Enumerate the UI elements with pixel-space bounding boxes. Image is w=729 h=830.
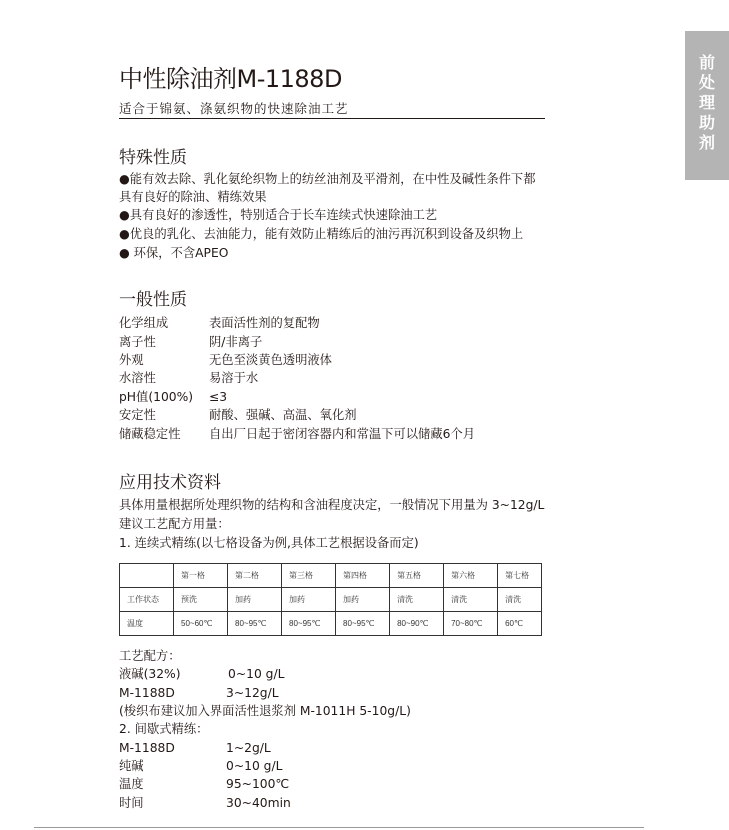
- table-cell: 50~60℃: [174, 612, 228, 636]
- batch-row: 温度95~100℃: [119, 775, 289, 793]
- table-cell: [120, 564, 174, 588]
- property-row: 化学组成表面活性剂的复配物: [119, 314, 320, 332]
- footer-divider: [34, 827, 644, 828]
- table-cell: 加药: [336, 588, 390, 612]
- property-value: 自出厂日起于密闭容器内和常温下可以储藏6个月: [209, 427, 475, 441]
- product-subtitle: 适合于锦氨、涤氨织物的快速除油工艺: [119, 101, 349, 117]
- batch-key: 纯碱: [119, 757, 226, 775]
- category-side-tab: 前 处 理 助 剂: [685, 31, 729, 180]
- property-value: 易溶于水: [209, 371, 258, 385]
- special-line: 具有良好的除油、精练效果: [119, 188, 267, 207]
- table-cell: 清洗: [390, 588, 444, 612]
- recipe-heading: 工艺配方：: [119, 647, 181, 666]
- table-cell: 第六格: [444, 564, 498, 588]
- table-cell: 第二格: [228, 564, 282, 588]
- property-row: 外观无色至淡黄色透明液体: [119, 351, 332, 369]
- batch-key: 时间: [119, 794, 226, 812]
- side-tab-char: 剂: [699, 133, 715, 153]
- property-key: pH值(100%): [119, 388, 209, 406]
- batch-row: 时间30~40min: [119, 794, 291, 812]
- product-title: 中性除油剂M-1188D: [119, 64, 342, 94]
- property-row: pH值(100%)≤3: [119, 388, 227, 406]
- property-key: 储藏稳定性: [119, 425, 209, 443]
- table-cell: 清洗: [498, 588, 542, 612]
- batch-heading: 2. 间歇式精练：: [119, 720, 208, 739]
- table-cell: 加药: [228, 588, 282, 612]
- side-tab-char: 理: [699, 93, 715, 113]
- table-cell: 第五格: [390, 564, 444, 588]
- table-cell: 80~95℃: [228, 612, 282, 636]
- property-row: 水溶性易溶于水: [119, 369, 258, 387]
- subtitle-divider: [119, 118, 545, 119]
- property-row: 储藏稳定性自出厂日起于密闭容器内和常温下可以储藏6个月: [119, 425, 475, 443]
- side-tab-char: 助: [699, 113, 715, 133]
- recipe-row: 液碱(32%)0~10 g/L: [119, 665, 284, 683]
- table-cell: 温度: [120, 612, 174, 636]
- special-line: ●具有良好的渗透性，特别适合于长车连续式快速除油工艺: [119, 206, 437, 225]
- property-value: ≤3: [209, 390, 227, 404]
- property-key: 外观: [119, 351, 209, 369]
- special-line: ● 环保，不含APEO: [119, 244, 228, 263]
- batch-row: M-1188D1~2g/L: [119, 739, 271, 757]
- table-row: 温度 50~60℃ 80~95℃ 80~95℃ 80~95℃ 80~90℃ 70…: [120, 612, 542, 636]
- recipe-value: 3~12g/L: [226, 686, 279, 700]
- table-cell: 第七格: [498, 564, 542, 588]
- table-cell: 60℃: [498, 612, 542, 636]
- special-line: ●能有效去除、乳化氨纶织物上的纺丝油剂及平滑剂，在中性及碱性条件下都: [119, 170, 536, 189]
- table-cell: 加药: [282, 588, 336, 612]
- table-cell: 80~90℃: [390, 612, 444, 636]
- side-tab-char: 处: [699, 73, 715, 93]
- property-key: 离子性: [119, 333, 209, 351]
- table-cell: 第四格: [336, 564, 390, 588]
- recipe-key: M-1188D: [119, 684, 226, 702]
- batch-value: 1~2g/L: [226, 741, 271, 755]
- table-cell: 清洗: [444, 588, 498, 612]
- side-tab-char: 前: [699, 53, 715, 73]
- batch-row: 纯碱0~10 g/L: [119, 757, 282, 775]
- table-cell: 预洗: [174, 588, 228, 612]
- special-line: ●优良的乳化、去油能力，能有效防止精练后的油污再沉积到设备及织物上: [119, 225, 523, 244]
- batch-value: 0~10 g/L: [226, 759, 282, 773]
- batch-value: 30~40min: [226, 796, 291, 810]
- table-row: 工作状态 预洗 加药 加药 加药 清洗 清洗 清洗: [120, 588, 542, 612]
- property-value: 无色至淡黄色透明液体: [209, 353, 332, 367]
- recipe-value: 0~10 g/L: [228, 667, 284, 681]
- application-intro: 具体用量根据所处理织物的结构和含油程度决定，一般情况下用量为 3~12g/L: [119, 496, 544, 515]
- special-properties-heading: 特殊性质: [119, 147, 187, 169]
- property-row: 离子性阴/非离子: [119, 333, 262, 351]
- application-intro: 建议工艺配方用量：: [119, 515, 230, 534]
- recipe-row: M-1188D3~12g/L: [119, 684, 279, 702]
- table-cell: 70~80℃: [444, 612, 498, 636]
- application-intro: 1. 连续式精练(以七格设备为例,具体工艺根据设备而定): [119, 534, 419, 553]
- property-key: 化学组成: [119, 314, 209, 332]
- general-properties-heading: 一般性质: [119, 289, 187, 311]
- recipe-note: (梭织布建议加入界面活性退浆剂 M-1011H 5-10g/L): [119, 702, 411, 721]
- property-key: 水溶性: [119, 369, 209, 387]
- table-cell: 80~95℃: [282, 612, 336, 636]
- property-value: 阴/非离子: [209, 335, 262, 349]
- property-key: 安定性: [119, 406, 209, 424]
- property-row: 安定性耐酸、强碱、高温、氧化剂: [119, 406, 357, 424]
- batch-key: 温度: [119, 775, 226, 793]
- application-heading: 应用技术资料: [119, 472, 221, 494]
- batch-key: M-1188D: [119, 739, 226, 757]
- property-value: 表面活性剂的复配物: [209, 316, 320, 330]
- recipe-key: 液碱(32%): [119, 665, 228, 683]
- continuous-process-table: 第一格 第二格 第三格 第四格 第五格 第六格 第七格 工作状态 预洗 加药 加…: [119, 563, 542, 636]
- table-cell: 工作状态: [120, 588, 174, 612]
- table-cell: 第三格: [282, 564, 336, 588]
- batch-value: 95~100℃: [226, 777, 289, 791]
- property-value: 耐酸、强碱、高温、氧化剂: [209, 408, 357, 422]
- table-header-row: 第一格 第二格 第三格 第四格 第五格 第六格 第七格: [120, 564, 542, 588]
- table-cell: 80~95℃: [336, 612, 390, 636]
- table-cell: 第一格: [174, 564, 228, 588]
